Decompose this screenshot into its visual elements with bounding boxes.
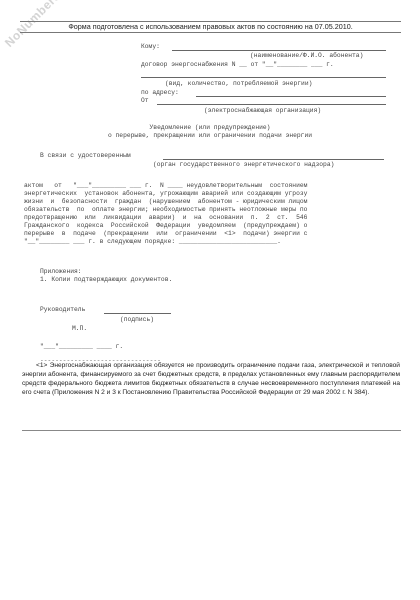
footnote-text: <1> Энергоснабжающая организация обязует… [22,362,400,396]
address-label: по адресу: [141,89,179,97]
authority-field-line[interactable] [163,159,384,160]
energy-field-line[interactable] [141,77,386,78]
head-label: Руководитель [40,306,85,314]
stamp-label: М.П. [72,325,87,333]
footnote: <1> Энергоснабжающая организация обязует… [22,361,400,397]
from-field-line[interactable] [157,104,386,105]
body-intro: В связи с удостоверенным [40,152,131,160]
energy-hint: (вид, количество, потребляемой энергии) [165,80,312,88]
body-line: обязательств по оплате энергии; необходи… [24,206,307,214]
from-hint: (электроснабжающая организация) [204,107,321,115]
body-line: Гражданского кодекса Российской Федераци… [24,222,307,230]
form-header-note: Форма подготовлена с использованием прав… [20,21,401,33]
authority-hint: (орган государственного энергетического … [153,161,334,169]
body-line: энергетических установок абонента, угрож… [24,190,307,198]
signature-date-line: "___"_________ ____ г. [40,343,123,351]
to-hint: (наименование/Ф.И.О. абонента) [250,52,363,60]
doc-title-line2: о перерыве, прекращении или ограничении … [0,132,420,140]
body-line: перерыве в подаче (прекращении или огран… [24,230,307,238]
bottom-rule [22,430,401,431]
from-label: От [141,97,149,105]
attachment-item: 1. Копии подтверждающих документов. [40,276,172,284]
body-line: жизни и безопасности граждан (нарушением… [24,198,307,206]
contract-line: договор энергоснабжения N __ от "__"____… [141,61,334,69]
body-line: "__"________ ___ г. в следующем порядке:… [24,238,281,246]
doc-title-line1: Уведомление (или предупреждение) [0,124,420,132]
attachments-title: Приложения: [40,268,82,276]
signature-hint: (подпись) [120,316,154,324]
address-field-line[interactable] [196,96,386,97]
to-label: Кому: [141,43,160,51]
to-field-line[interactable] [172,50,386,51]
body-line: актом от "___"_________ ___ г. N ____ не… [24,182,307,190]
body-line: предотвращению или ликвидации аварии) и … [24,214,307,222]
signature-field-line[interactable] [104,313,171,314]
